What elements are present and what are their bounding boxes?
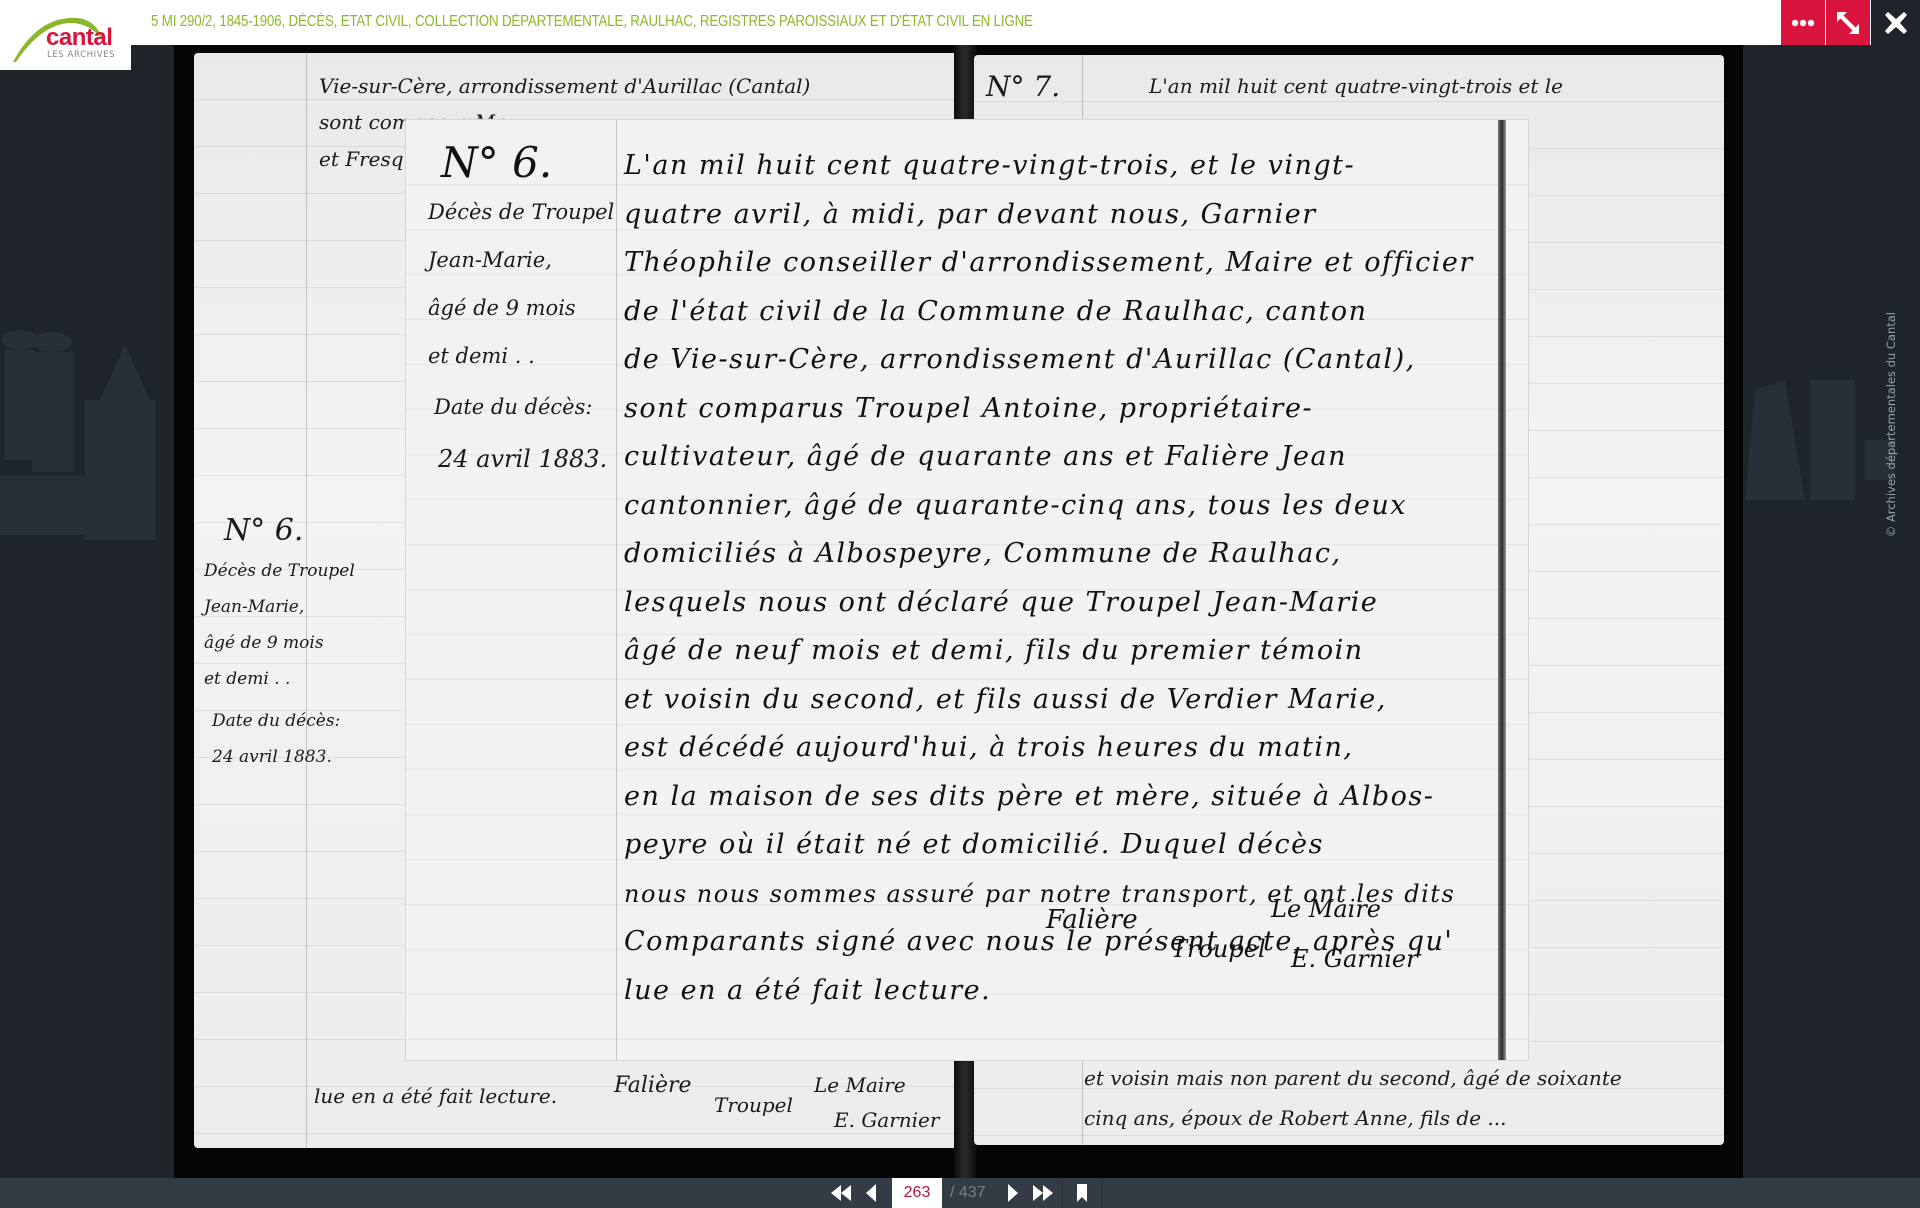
top-bar: 5 MI 290/2, 1845-1906, DÉCÈS, ETAT CIVIL… bbox=[0, 0, 1920, 45]
record-line: et voisin du second, et fils aussi de Ve… bbox=[624, 676, 1504, 725]
previous-page-button[interactable] bbox=[856, 1178, 886, 1208]
left-margin-note: Date du décès: bbox=[212, 703, 340, 739]
signature: Le Maire bbox=[814, 1073, 906, 1097]
record-body: L'an mil huit cent quatre-vingt-trois, e… bbox=[624, 142, 1504, 1015]
left-margin-note: Jean-Marie, bbox=[204, 589, 304, 625]
record-line: en la maison de ses dits père et mère, s… bbox=[624, 773, 1504, 822]
right-page-line: cinq ans, époux de Robert Anne, fils de … bbox=[1084, 1095, 1507, 1142]
right-page-number: N° 7. bbox=[986, 70, 1060, 103]
triangle-right-icon bbox=[1007, 1184, 1019, 1202]
record-line: cultivateur, âgé de quarante ans et Fali… bbox=[624, 433, 1504, 482]
margin-note: Décès de Troupel bbox=[428, 200, 614, 224]
double-chevron-right-icon bbox=[1032, 1185, 1054, 1201]
record-line: sont comparus Troupel Antoine, propriéta… bbox=[624, 385, 1504, 434]
copyright-notice: © Archives départementales du Cantal bbox=[1884, 312, 1904, 552]
record-line: lue en a été fait lecture. bbox=[624, 967, 1504, 1016]
signature: E. Garnier bbox=[834, 1108, 939, 1132]
pager-divider bbox=[1062, 1178, 1063, 1208]
close-x-icon bbox=[1884, 11, 1908, 35]
record-line: L'an mil huit cent quatre-vingt-trois, e… bbox=[624, 142, 1504, 191]
signature: E. Garnier bbox=[1291, 945, 1418, 973]
record-line: Théophile conseiller d'arrondissement, M… bbox=[624, 239, 1504, 288]
pagination-controls: / 437 bbox=[826, 1178, 1106, 1208]
more-options-button[interactable] bbox=[1781, 0, 1825, 45]
bookmark-icon bbox=[1076, 1184, 1088, 1202]
double-chevron-left-icon bbox=[830, 1185, 852, 1201]
next-page-button[interactable] bbox=[998, 1178, 1028, 1208]
record-line: quatre avril, à midi, par devant nous, G… bbox=[624, 191, 1504, 240]
right-page-line: L'an mil huit cent quatre-vingt-trois et… bbox=[1149, 63, 1563, 110]
margin-note: et demi . . bbox=[428, 344, 535, 368]
bookmark-button[interactable] bbox=[1067, 1178, 1097, 1208]
document-image-viewer[interactable]: Vie-sur-Cère, arrondissement d'Aurillac … bbox=[174, 45, 1743, 1178]
background-illustration-left bbox=[0, 300, 175, 550]
record-line: lesquels nous ont déclaré que Troupel Je… bbox=[624, 579, 1504, 628]
archive-viewer-app: 5 MI 290/2, 1845-1906, DÉCÈS, ETAT CIVIL… bbox=[0, 0, 1920, 1208]
ellipsis-icon bbox=[1791, 19, 1815, 27]
record-line: est décédé aujourd'hui, à trois heures d… bbox=[624, 724, 1504, 773]
page-margin-line bbox=[616, 120, 617, 1060]
close-button[interactable] bbox=[1871, 0, 1920, 45]
left-page-closing-line: lue en a été fait lecture. bbox=[314, 1073, 557, 1120]
left-margin-number: N° 6. bbox=[224, 513, 303, 548]
fullscreen-button[interactable] bbox=[1826, 0, 1870, 45]
record-line: de Vie-sur-Cère, arrondissement d'Aurill… bbox=[624, 336, 1504, 385]
cantal-archives-logo[interactable]: cantal LES ARCHIVES bbox=[0, 0, 131, 70]
pagination-bar: / 437 bbox=[0, 1178, 1920, 1208]
margin-note: 24 avril 1883. bbox=[438, 445, 607, 473]
last-page-button[interactable] bbox=[1028, 1178, 1058, 1208]
record-line: de l'état civil de la Commune de Raulhac… bbox=[624, 288, 1504, 337]
margin-note: Date du décès: bbox=[434, 395, 592, 419]
signature: Le Maire bbox=[1271, 895, 1381, 923]
signature: Troupel bbox=[1171, 935, 1266, 963]
signature: Falière bbox=[614, 1073, 692, 1098]
document-title: 5 MI 290/2, 1845-1906, DÉCÈS, ETAT CIVIL… bbox=[151, 13, 1033, 31]
logo-brand-text: cantal bbox=[46, 26, 112, 50]
left-margin-note: Décès de Troupel bbox=[204, 553, 355, 589]
total-pages: / 437 bbox=[946, 1184, 998, 1202]
page-edge bbox=[1498, 120, 1506, 1060]
margin-note: Jean-Marie, bbox=[428, 248, 552, 272]
background-illustration-right bbox=[1745, 380, 1895, 560]
current-page-input[interactable] bbox=[892, 1178, 942, 1208]
pager-divider bbox=[1101, 1178, 1102, 1208]
record-margin-column: N° 6. Décès de Troupel Jean-Marie, âgé d… bbox=[406, 120, 616, 1060]
record-line: domiciliés à Albospeyre, Commune de Raul… bbox=[624, 530, 1504, 579]
left-margin-note: et demi . . bbox=[204, 661, 290, 697]
left-margin-note: âgé de 9 mois bbox=[204, 625, 324, 661]
first-page-button[interactable] bbox=[826, 1178, 856, 1208]
left-margin-note: 24 avril 1883. bbox=[212, 739, 332, 775]
signature: Falière bbox=[1046, 905, 1138, 935]
zoomed-record-overlay: N° 6. Décès de Troupel Jean-Marie, âgé d… bbox=[406, 120, 1528, 1060]
triangle-left-icon bbox=[865, 1184, 877, 1202]
expand-arrows-icon bbox=[1834, 9, 1862, 37]
copyright-text: © Archives départementales du Cantal bbox=[1884, 312, 1898, 537]
record-line: peyre où il était né et domicilié. Duque… bbox=[624, 821, 1504, 870]
record-line: âgé de neuf mois et demi, fils du premie… bbox=[624, 627, 1504, 676]
margin-note: âgé de 9 mois bbox=[428, 296, 576, 320]
signature: Troupel bbox=[714, 1093, 793, 1117]
logo-subtitle: LES ARCHIVES bbox=[47, 50, 115, 60]
page-margin-line bbox=[306, 53, 307, 1148]
record-number: N° 6. bbox=[441, 138, 552, 187]
record-line: cantonnier, âgé de quarante-cinq ans, to… bbox=[624, 482, 1504, 531]
